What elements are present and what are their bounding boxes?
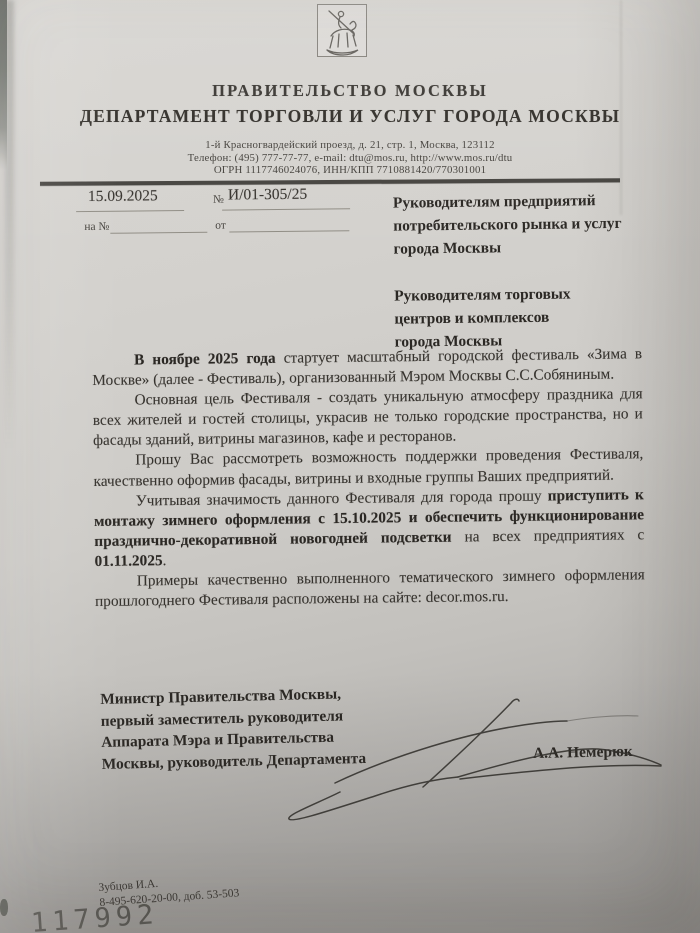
reply-from-label: от — [215, 220, 226, 232]
reply-to-underline — [110, 232, 207, 234]
body-paragraph: Основная цель Фестиваля - создать уникал… — [92, 384, 643, 451]
body-paragraph: Примеры качественно выполненного тематич… — [95, 565, 645, 612]
reply-from-underline — [229, 230, 349, 232]
number-sign-label: № — [213, 194, 224, 206]
letter-body: В ноябре 2025 года стартует масштабный г… — [92, 344, 645, 612]
body-paragraph: Прошу Вас рассмотреть возможность поддер… — [93, 445, 643, 492]
letter-date: 15.09.2025 — [88, 187, 158, 206]
date-underline — [76, 210, 184, 212]
body-paragraph: В ноябре 2025 года стартует масштабный г… — [92, 344, 642, 391]
recipient-line: города Москвы — [393, 235, 663, 261]
photo-artifact — [0, 899, 8, 916]
recipient-line: Руководителям предприятий — [393, 189, 663, 215]
letter-number: И/01-305/25 — [228, 186, 307, 205]
body-paragraph: Учитывая значимость данного Фестиваля дл… — [94, 485, 645, 572]
letter-photo: ПРАВИТЕЛЬСТВО МОСКВЫ ДЕПАРТАМЕНТ ТОРГОВЛ… — [0, 0, 700, 933]
recipient-block: Руководителям предприятийпотребительског… — [393, 189, 664, 261]
number-underline — [222, 208, 350, 210]
post-id-number: 117992 — [30, 899, 159, 933]
recipient-line: центров и комплексов — [394, 306, 664, 332]
handwritten-signature — [280, 665, 680, 830]
recipient-line: Руководителям торговых — [394, 283, 664, 309]
recipient-line: потребительского рынка и услуг — [393, 212, 663, 238]
reply-to-label: на № — [84, 221, 109, 233]
